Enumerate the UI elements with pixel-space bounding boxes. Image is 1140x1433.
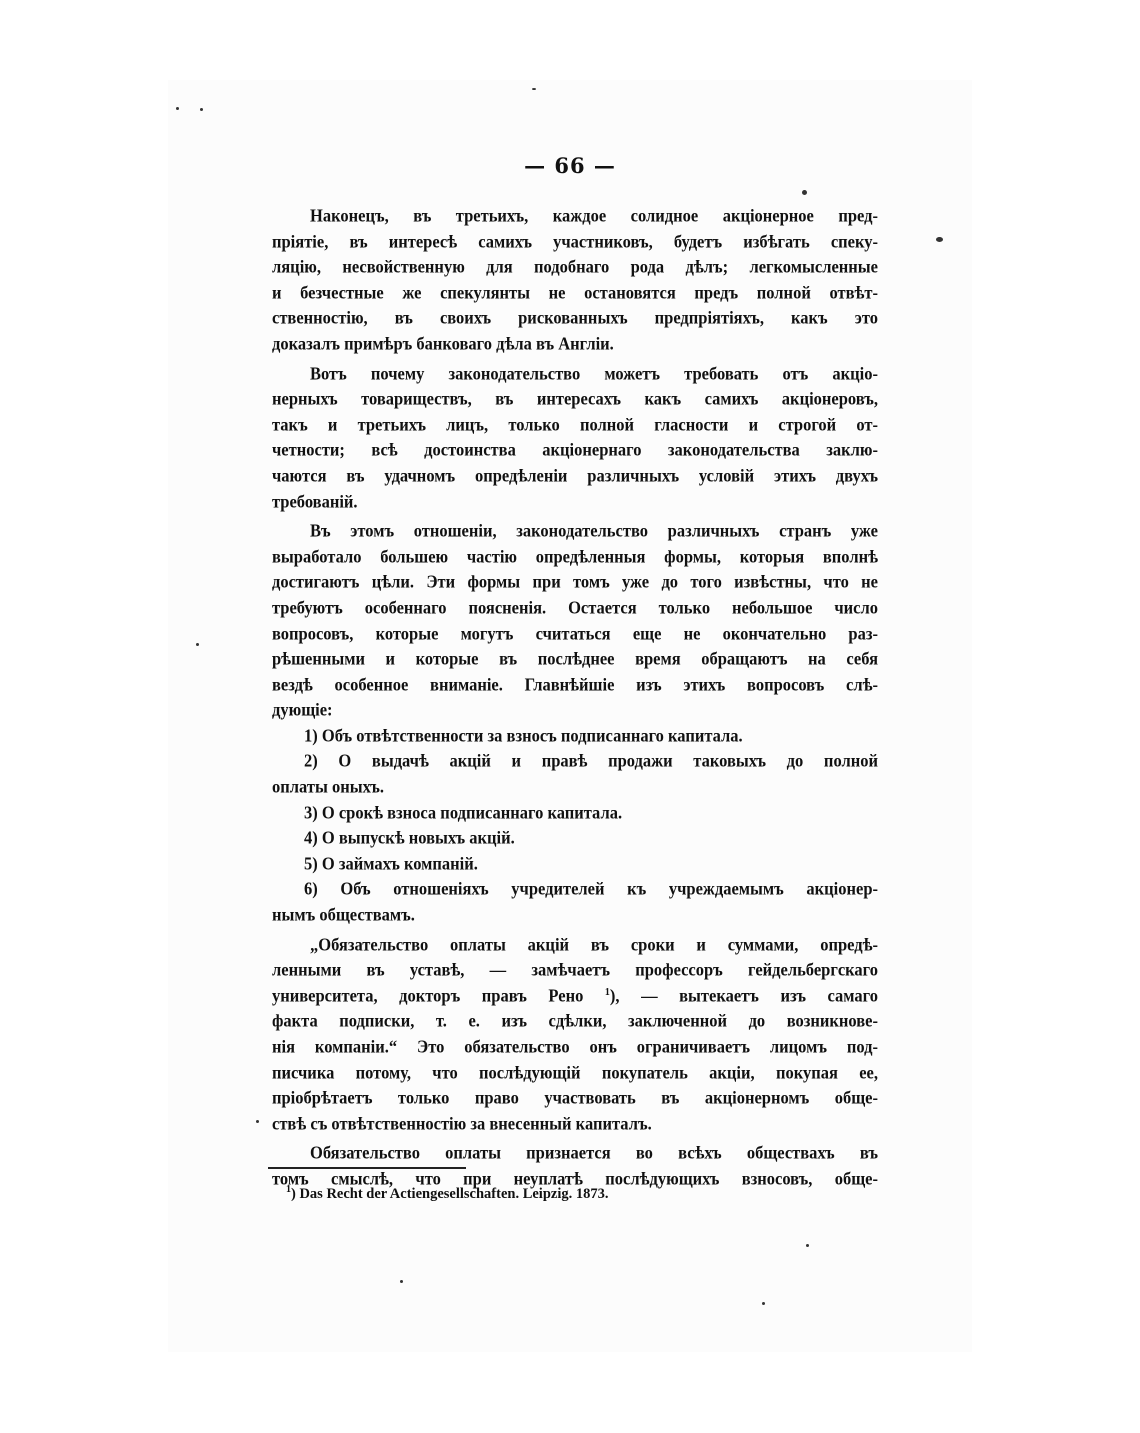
- text-line: требуютъ особеннаго поясненія. Остается …: [272, 594, 878, 622]
- list-item-continuation: оплаты оныхъ.: [272, 773, 878, 801]
- scan-speck: [806, 1244, 809, 1247]
- quote-paragraph: „Обязательство оплаты акцій въ сроки и с…: [272, 932, 878, 1137]
- list-item: 4) О выпускѣ новыхъ акцій.: [272, 824, 878, 852]
- paragraph-2: Вотъ почему законодательство можетъ треб…: [272, 361, 878, 515]
- text-line: Вотъ почему законодательство можетъ треб…: [272, 360, 878, 388]
- text-line: достигаютъ цѣли. Эти формы при томъ уже …: [272, 568, 878, 596]
- scan-speck: [802, 190, 807, 195]
- text-line: такъ и третьихъ лицъ, только полной глас…: [272, 411, 878, 439]
- scan-speck: [176, 107, 179, 110]
- list-item-continuation: нымъ обществамъ.: [272, 901, 878, 929]
- text-line: доказалъ примѣръ банковаго дѣла въ Англі…: [272, 330, 878, 358]
- scan-speck: [400, 1280, 403, 1283]
- text-line: пріятіе, въ интересѣ самихъ участниковъ,…: [272, 228, 878, 256]
- text-line: вездѣ особенное вниманіе. Главнѣйшіе изъ…: [272, 671, 878, 699]
- scan-speck: [256, 1120, 259, 1123]
- page-number: — 66 —: [168, 153, 972, 178]
- scan-speck: [196, 643, 199, 646]
- paragraph-3: Въ этомъ отношеніи, законодательство раз…: [272, 518, 878, 723]
- footnote-text: ) Das Recht der Actiengesellschaften. Le…: [291, 1186, 608, 1202]
- text-line: Наконецъ, въ третьихъ, каждое солидное а…: [272, 202, 878, 230]
- text-line: писчика потому, что послѣдующій покупате…: [272, 1059, 878, 1087]
- list-item: 6) Объ отношеніяхъ учредителей къ учрежд…: [272, 875, 878, 903]
- footnote: 1) Das Recht der Actiengesellschaften. L…: [286, 1186, 608, 1203]
- scan-speck: [532, 88, 536, 90]
- scan-speck: [762, 1302, 765, 1305]
- text-line: факта подписки, т. е. изъ сдѣлки, заключ…: [272, 1007, 878, 1035]
- text-line: дующіе:: [272, 696, 878, 724]
- text-segment: ), — вытекаетъ изъ самаго: [610, 985, 878, 1006]
- paragraph-1: Наконецъ, въ третьихъ, каждое солидное а…: [272, 203, 878, 357]
- scanned-page: — 66 — Наконецъ, въ третьихъ, каждое сол…: [168, 80, 972, 1352]
- text-line: Обязательство оплаты признается во всѣхъ…: [272, 1139, 878, 1167]
- text-line: чаются въ удачномъ опредѣленіи различных…: [272, 462, 878, 490]
- list-item: 5) О займахъ компаній.: [272, 850, 878, 878]
- list-item: 2) О выдачѣ акцій и правѣ продажи таковы…: [272, 747, 878, 775]
- question-list: 1) Объ отвѣтственности за взносъ подписа…: [272, 723, 878, 928]
- text-line: вопросовъ, которые могутъ считаться еще …: [272, 619, 878, 647]
- text-line: выработало большею частію опредѣленныя ф…: [272, 543, 878, 571]
- text-line-with-footnote-ref: университета, докторъ правъ Рено 1), — в…: [272, 982, 878, 1010]
- text-line: пріобрѣтаетъ только право участвовать въ…: [272, 1084, 878, 1112]
- text-line: нія компаніи.“ Это обязательство онъ огр…: [272, 1033, 878, 1061]
- text-line: Въ этомъ отношеніи, законодательство раз…: [272, 517, 878, 545]
- text-line: и безчестные же спекулянты не остановятс…: [272, 279, 878, 307]
- text-line: ствѣ съ отвѣтственностію за внесенный ка…: [272, 1110, 878, 1138]
- scan-speck: [200, 108, 203, 111]
- text-line: ленными въ уставѣ, — замѣчаетъ профессор…: [272, 956, 878, 984]
- text-line: четности; всѣ достоинства акціонернаго з…: [272, 436, 878, 464]
- final-paragraph: Обязательство оплаты признается во всѣхъ…: [272, 1140, 878, 1191]
- body-text: Наконецъ, въ третьихъ, каждое солидное а…: [272, 203, 878, 1192]
- text-line: ляцію, несвойственную для подобнаго рода…: [272, 253, 878, 281]
- footnote-divider: [268, 1167, 466, 1169]
- text-line: ственностію, въ своихъ рискованныхъ пред…: [272, 304, 878, 332]
- list-item: 3) О срокѣ взноса подписаннаго капитала.: [272, 799, 878, 827]
- text-line: рѣшенными и которые въ послѣднее время о…: [272, 645, 878, 673]
- text-line: „Обязательство оплаты акцій въ сроки и с…: [272, 931, 878, 959]
- text-line: требованій.: [272, 488, 878, 516]
- scan-speck: [936, 237, 943, 242]
- list-item: 1) Объ отвѣтственности за взносъ подписа…: [272, 722, 878, 750]
- text-segment: университета, докторъ правъ Рено: [272, 985, 583, 1006]
- text-line: нерныхъ товариществъ, въ интересахъ какъ…: [272, 385, 878, 413]
